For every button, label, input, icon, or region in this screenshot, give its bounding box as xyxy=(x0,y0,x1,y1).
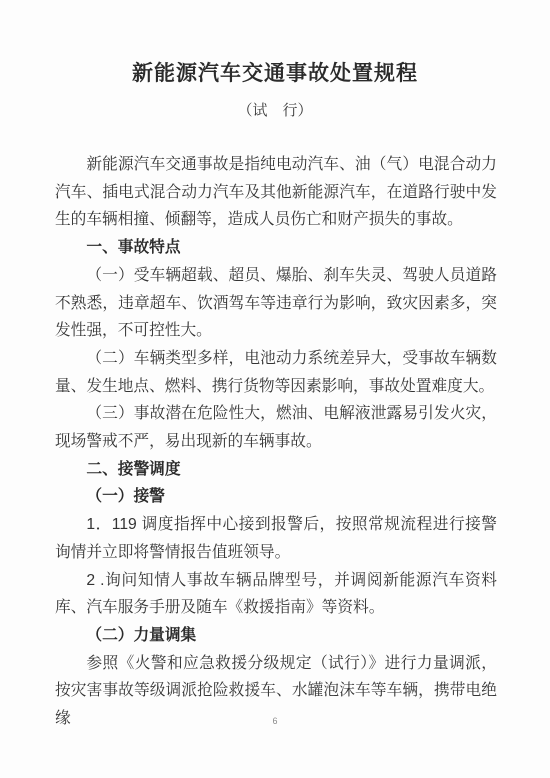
subsection-heading-2-1: （一）接警 xyxy=(55,483,497,511)
page-number: 6 xyxy=(0,716,550,726)
paragraph-2-1-1: 1．119 调度指挥中心接到报警后，按照常规流程进行接警询情并立即将警情报告值班… xyxy=(55,511,497,566)
paragraph-intro: 新能源汽车交通事故是指纯电动汽车、油（气）电混合动力汽车、插电式混合动力汽车及其… xyxy=(55,151,497,234)
document-body: 新能源汽车交通事故是指纯电动汽车、油（气）电混合动力汽车、插电式混合动力汽车及其… xyxy=(55,151,497,733)
document-title: 新能源汽车交通事故处置规程 xyxy=(0,60,550,88)
subsection-heading-2-2: （二）力量调集 xyxy=(55,622,497,650)
paragraph-1-1: （一）受车辆超载、超员、爆胎、刹车失灵、驾驶人员道路不熟悉，违章超车、饮酒驾车等… xyxy=(55,262,497,345)
paragraph-1-3: （三）事故潜在危险性大，燃油、电解液泄露易引发火灾，现场警戒不严，易出现新的车辆… xyxy=(55,400,497,455)
paragraph-1-2: （二）车辆类型多样，电池动力系统差异大，受事故车辆数量、发生地点、燃料、携行货物… xyxy=(55,345,497,400)
document-subtitle: （试 行） xyxy=(0,100,550,122)
document-page: 新能源汽车交通事故处置规程 （试 行） 新能源汽车交通事故是指纯电动汽车、油（气… xyxy=(0,0,550,778)
section-heading-1: 一、事故特点 xyxy=(55,234,497,262)
paragraph-2-1-2: 2 .询问知情人事故车辆品牌型号，并调阅新能源汽车资料库、汽车服务手册及随车《救… xyxy=(55,567,497,622)
section-heading-2: 二、接警调度 xyxy=(55,456,497,484)
